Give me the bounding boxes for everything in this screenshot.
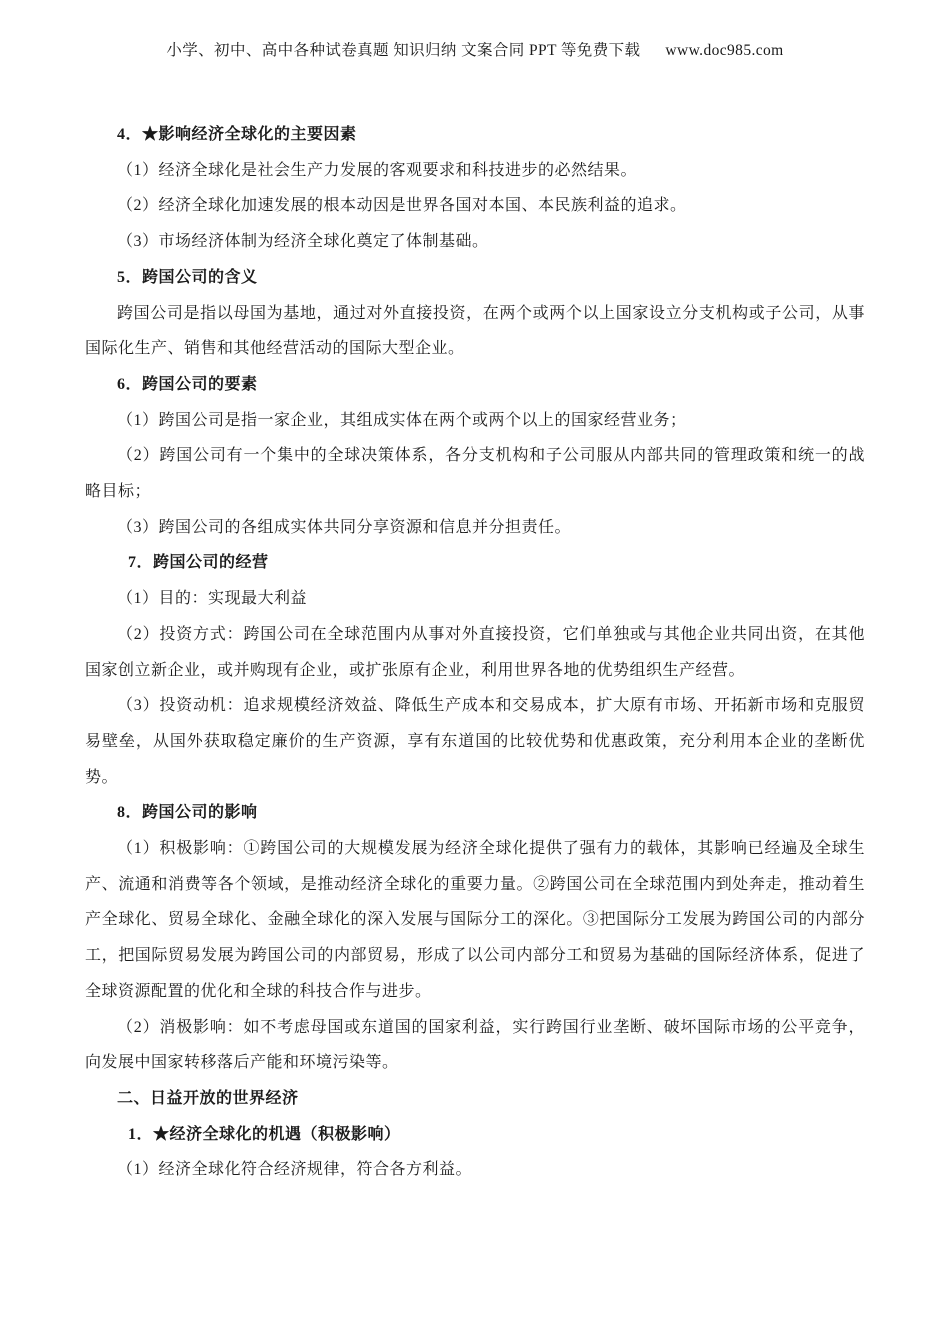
- paragraph: （1）目的：实现最大利益: [85, 581, 865, 617]
- page-header: 小学、初中、高中各种试卷真题 知识归纳 文案合同 PPT 等免费下载 www.d…: [0, 38, 950, 60]
- document-page: 小学、初中、高中各种试卷真题 知识归纳 文案合同 PPT 等免费下载 www.d…: [0, 0, 950, 1344]
- paragraph: （1）积极影响：①跨国公司的大规模发展为经济全球化提供了强有力的载体，其影响已经…: [85, 831, 865, 1010]
- paragraph: （3）跨国公司的各组成实体共同分享资源和信息并分担责任。: [85, 510, 865, 546]
- paragraph: 跨国公司是指以母国为基地，通过对外直接投资，在两个或两个以上国家设立分支机构或子…: [85, 296, 865, 367]
- header-site-url: www.doc985.com: [665, 42, 783, 60]
- section-heading: 1．★经济全球化的机遇（积极影响）: [85, 1117, 865, 1153]
- document-body: 4．★影响经济全球化的主要因素（1）经济全球化是社会生产力发展的客观要求和科技进…: [85, 117, 865, 1188]
- section-heading: 7．跨国公司的经营: [85, 545, 865, 581]
- section-heading: 5．跨国公司的含义: [85, 260, 865, 296]
- section-heading: 二、日益开放的世界经济: [85, 1081, 865, 1117]
- paragraph: （2）消极影响：如不考虑母国或东道国的国家利益，实行跨国行业垄断、破坏国际市场的…: [85, 1010, 865, 1081]
- paragraph: （2）经济全球化加速发展的根本动因是世界各国对本国、本民族利益的追求。: [85, 188, 865, 224]
- paragraph: （1）经济全球化符合经济规律，符合各方利益。: [85, 1152, 865, 1188]
- section-heading: 4．★影响经济全球化的主要因素: [85, 117, 865, 153]
- section-heading: 6．跨国公司的要素: [85, 367, 865, 403]
- paragraph: （3）投资动机：追求规模经济效益、降低生产成本和交易成本，扩大原有市场、开拓新市…: [85, 688, 865, 795]
- paragraph: （2）跨国公司有一个集中的全球决策体系，各分支机构和子公司服从内部共同的管理政策…: [85, 438, 865, 509]
- paragraph: （1）经济全球化是社会生产力发展的客观要求和科技进步的必然结果。: [85, 153, 865, 189]
- paragraph: （2）投资方式：跨国公司在全球范围内从事对外直接投资，它们单独或与其他企业共同出…: [85, 617, 865, 688]
- paragraph: （3）市场经济体制为经济全球化奠定了体制基础。: [85, 224, 865, 260]
- section-heading: 8．跨国公司的影响: [85, 795, 865, 831]
- header-tagline: 小学、初中、高中各种试卷真题 知识归纳 文案合同 PPT 等免费下载: [166, 38, 640, 60]
- paragraph: （1）跨国公司是指一家企业，其组成实体在两个或两个以上的国家经营业务；: [85, 403, 865, 439]
